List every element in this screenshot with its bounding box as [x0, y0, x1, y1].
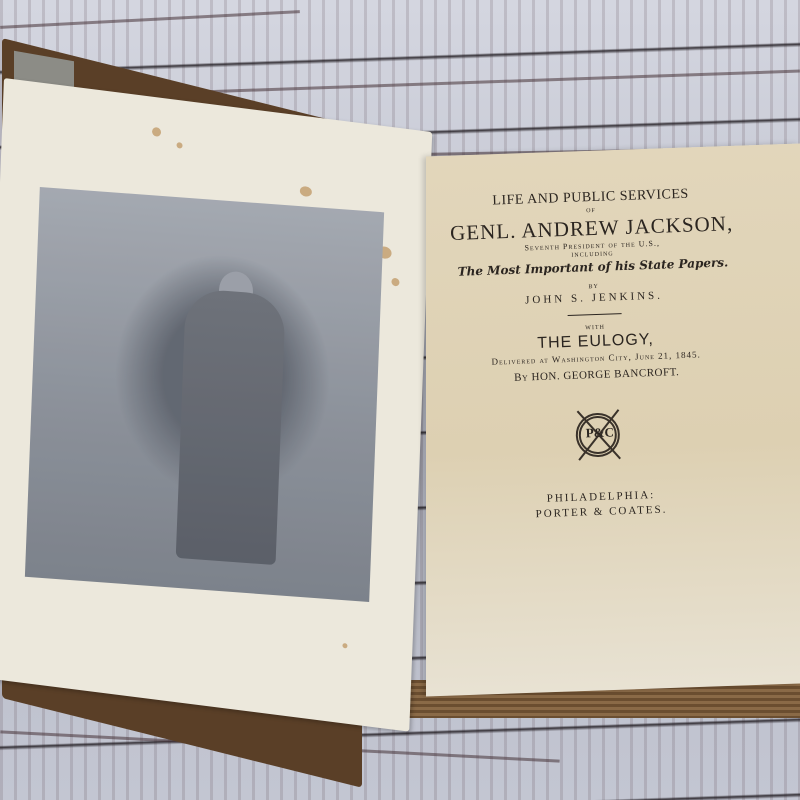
frontispiece-page — [0, 78, 432, 732]
foxing-spot — [176, 142, 182, 149]
foxing-spot — [391, 278, 399, 287]
portrait-figure — [176, 288, 286, 565]
divider-rule — [568, 313, 622, 316]
engraved-portrait — [25, 187, 384, 602]
title-page-text: LIFE AND PUBLIC SERVICES OF GENL. ANDREW… — [430, 185, 761, 524]
emblem-monogram: P&C — [585, 424, 614, 441]
foxing-spot — [300, 186, 312, 198]
foxing-spot — [342, 643, 347, 649]
foxing-spot — [152, 127, 161, 137]
publisher-emblem-icon: P&C — [567, 402, 631, 466]
